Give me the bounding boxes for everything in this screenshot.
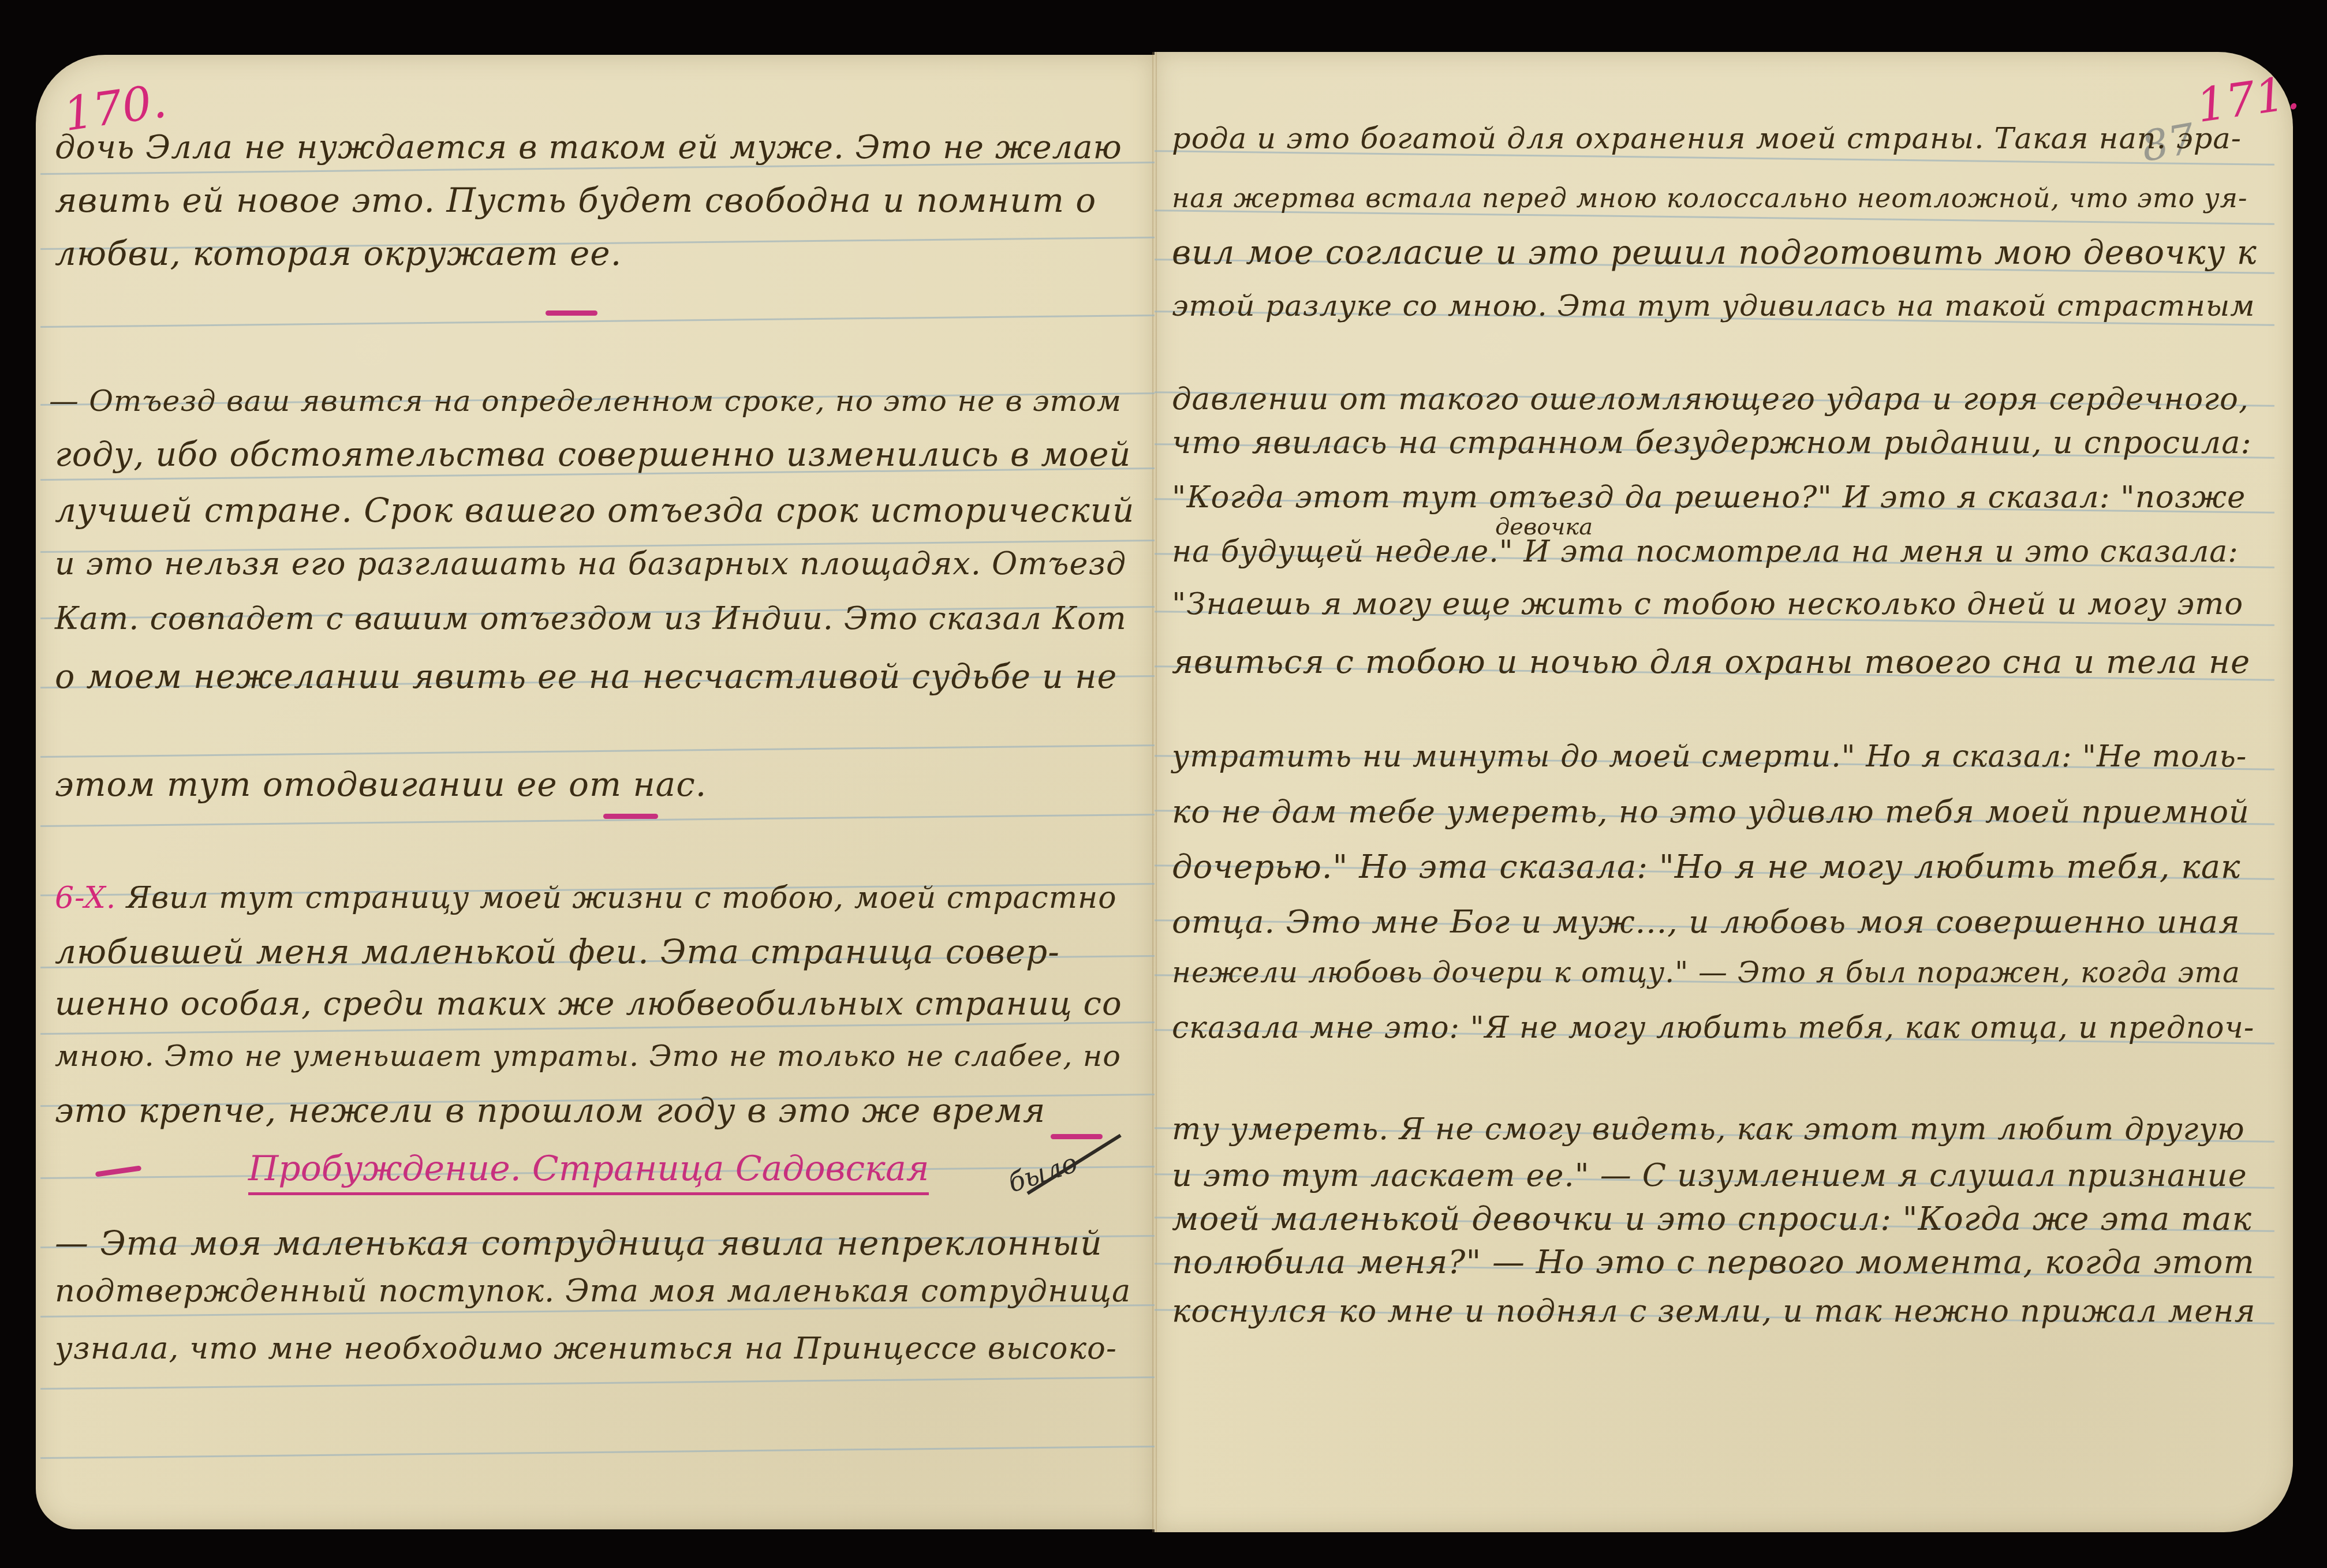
text-line: этом тут отодвигании ее от нас. xyxy=(55,768,707,801)
text-line: — Эта моя маленькая сотрудница явила неп… xyxy=(55,1226,1103,1260)
text-line: — Отъезд ваш явится на определенном срок… xyxy=(49,387,1122,416)
text-line: нежели любовь дочери к отцу." — Это я бы… xyxy=(1172,958,2240,987)
text-line: что явилась на странном безудержном рыда… xyxy=(1172,427,2252,458)
text-line: моей маленькой девочки и это спросил: "К… xyxy=(1172,1203,2252,1236)
text-line: "Знаешь я могу еще жить с тобою нескольк… xyxy=(1172,589,2243,619)
section-divider xyxy=(1051,1134,1103,1139)
text-line: любившей меня маленькой феи. Эта страниц… xyxy=(55,935,1060,968)
text-line: это крепче, нежели в прошлом году в это … xyxy=(55,1094,1045,1127)
entry-date: 6-X. xyxy=(55,881,116,915)
text-line: подтвержденный поступок. Эта моя маленьк… xyxy=(55,1275,1131,1307)
text-line: Кат. совпадет с вашим отъездом из Индии.… xyxy=(55,603,1127,634)
text-line: "Когда этот тут отъезд да решено?" И это… xyxy=(1172,482,2246,512)
text-line: ту умереть. Я не смогу видеть, как этот … xyxy=(1172,1114,2245,1144)
text-line: явиться с тобою и ночью для охраны твоег… xyxy=(1172,646,2250,679)
text-line: узнала, что мне необходимо жениться на П… xyxy=(55,1333,1117,1364)
section-divider xyxy=(603,814,658,819)
section-heading: Пробуждение. Страница Садовская xyxy=(248,1148,929,1195)
text-line: отца. Это мне Бог и муж..., и любовь моя… xyxy=(1172,906,2240,938)
text-line-dated: 6-X. Явил тут страницу моей жизни с тобо… xyxy=(55,883,1117,913)
text-line: на будущей неделе." И эта посмотрела на … xyxy=(1172,537,2239,567)
section-divider xyxy=(546,310,597,316)
text-line: ная жертва встала перед мною колоссально… xyxy=(1172,185,2248,211)
text-line: шенно особая, среди таких же любвеобильн… xyxy=(55,988,1122,1020)
text-line: рода и это богатой для охранения моей ст… xyxy=(1172,124,2242,154)
text-line: явить ей новое это. Пусть будет свободна… xyxy=(55,184,1096,217)
text-line: давлении от такого ошеломляющего удара и… xyxy=(1172,384,2249,414)
text-line: и это нельзя его разглашать на базарных … xyxy=(55,548,1126,579)
text-line: дочь Элла не нуждается в таком ей муже. … xyxy=(55,132,1122,164)
text-line: вил мое согласие и это решил подготовить… xyxy=(1172,237,2257,270)
text-line: утратить ни минуты до моей смерти." Но я… xyxy=(1172,742,2247,772)
text-line: сказала мне это: "Я не могу любить тебя,… xyxy=(1172,1013,2254,1043)
text-line: коснулся ко мне и поднял с земли, и так … xyxy=(1172,1296,2255,1327)
text-line: этой разлуке со мною. Эта тут удивилась … xyxy=(1172,291,2255,321)
text-line: году, ибо обстоятельства совершенно изме… xyxy=(55,439,1131,471)
text-line: дочерью." Но эта сказала: "Но я не могу … xyxy=(1172,851,2241,884)
text-line: лучшей стране. Срок вашего отъезда срок … xyxy=(55,493,1134,527)
text-line: и это тут ласкает ее." — С изумлением я … xyxy=(1172,1160,2247,1191)
text-line: о моем нежелании явить ее на несчастливо… xyxy=(55,661,1117,694)
text-line: ко не дам тебе умереть, но это удивлю те… xyxy=(1172,796,2250,828)
text-line: любви, которая окружает ее. xyxy=(55,237,622,270)
text-line: мною. Это не уменьшает утраты. Это не то… xyxy=(55,1042,1121,1071)
text-line: полюбила меня?" — Но это с первого момен… xyxy=(1172,1247,2255,1279)
